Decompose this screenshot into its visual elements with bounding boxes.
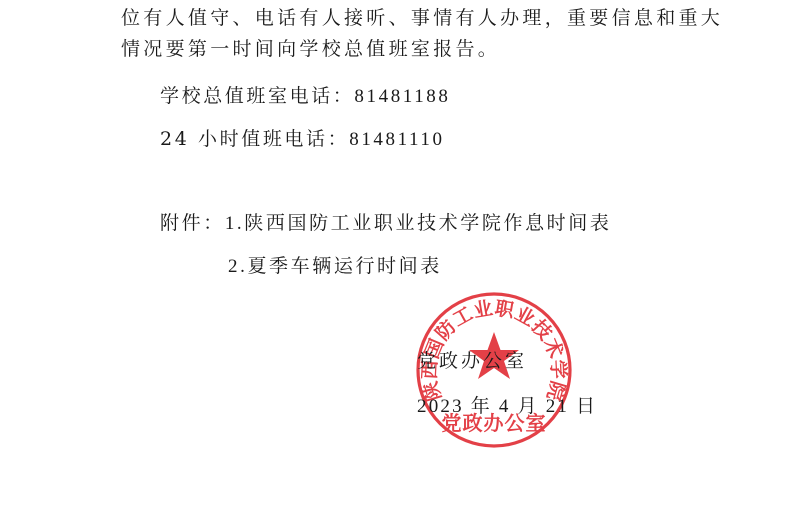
attachment-index-1: 1. [225, 213, 244, 234]
paragraph-line-2: 情况要第一时间向学校总值班室报告。 [121, 37, 500, 61]
hotline-24h-phone-label: 24 小时值班电话： [160, 128, 349, 150]
duty-office-phone: 学校总值班室电话：81481188 [160, 84, 451, 109]
hotline-24h-phone-number: 81481110 [349, 129, 444, 150]
attachment-item-1: 附件：1.陕西国防工业职业技术学院作息时间表 [160, 211, 611, 236]
attachment-title-1: 陕西国防工业职业技术学院作息时间表 [244, 212, 611, 234]
duty-office-phone-label: 学校总值班室电话： [160, 85, 354, 107]
signature-office: 党政办公室 [417, 349, 527, 373]
signature-date: 2023 年 4 月 21 日 [417, 395, 597, 419]
attachment-item-2: 2.夏季车辆运行时间表 [228, 254, 442, 279]
attachment-title-2: 夏季车辆运行时间表 [247, 255, 441, 277]
duty-office-phone-number: 81481188 [354, 86, 450, 107]
attachments-label: 附件： [160, 212, 225, 234]
attachment-index-2: 2. [228, 256, 247, 277]
paragraph-line-1: 位有人值守、电话有人接听、事情有人办理，重要信息和重大 [121, 6, 723, 30]
hotline-24h-phone: 24 小时值班电话：81481110 [160, 127, 445, 152]
